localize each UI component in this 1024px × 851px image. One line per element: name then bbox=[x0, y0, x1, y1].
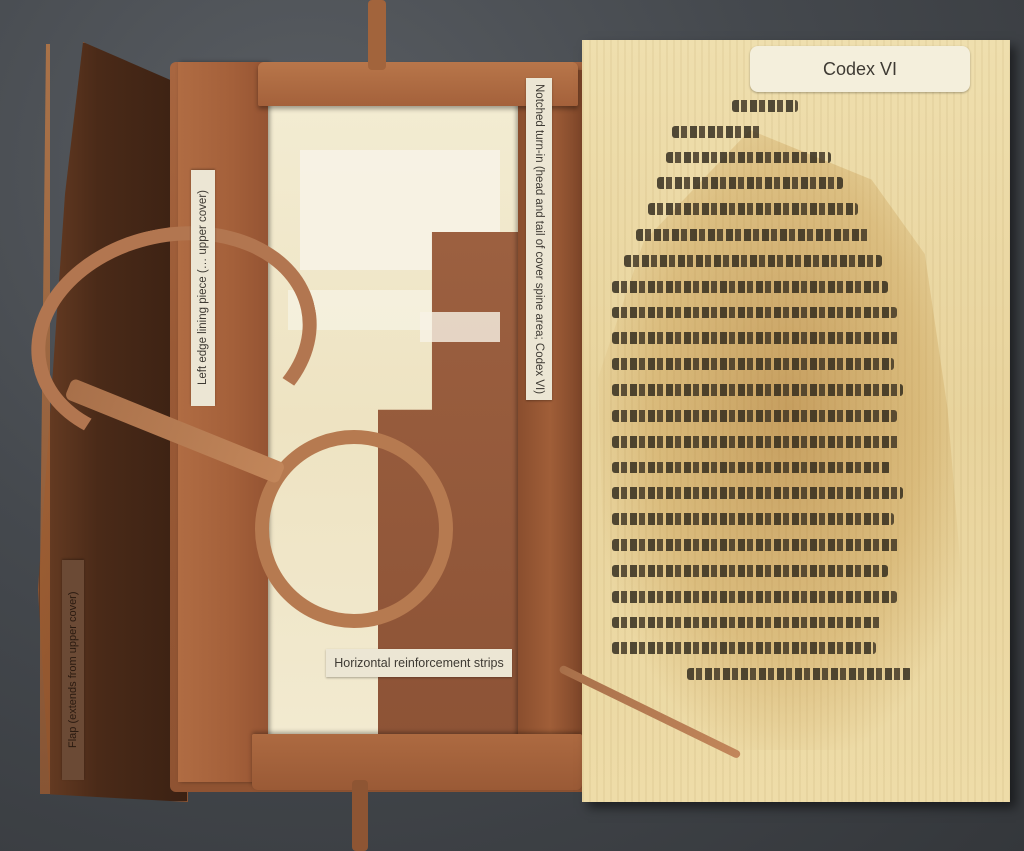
label-horizontal-strips: Horizontal reinforcement strips bbox=[326, 649, 512, 677]
bottom-tie bbox=[352, 780, 368, 851]
flap-edge bbox=[40, 44, 50, 794]
top-tie bbox=[368, 0, 386, 70]
label-flap: Flap (extends from upper cover) bbox=[62, 560, 84, 780]
label-codex-vi: Codex VI bbox=[750, 46, 970, 92]
leather-tie-loop bbox=[255, 430, 453, 628]
label-left-edge-lining: Left edge lining piece (… upper cover) bbox=[191, 170, 215, 406]
label-notched-turn-in: Notched turn-in (head and tail of cover … bbox=[526, 78, 552, 400]
white-reinforcement-patch bbox=[420, 312, 500, 342]
coptic-text-block bbox=[612, 100, 912, 680]
tail-turn-in bbox=[252, 734, 582, 790]
